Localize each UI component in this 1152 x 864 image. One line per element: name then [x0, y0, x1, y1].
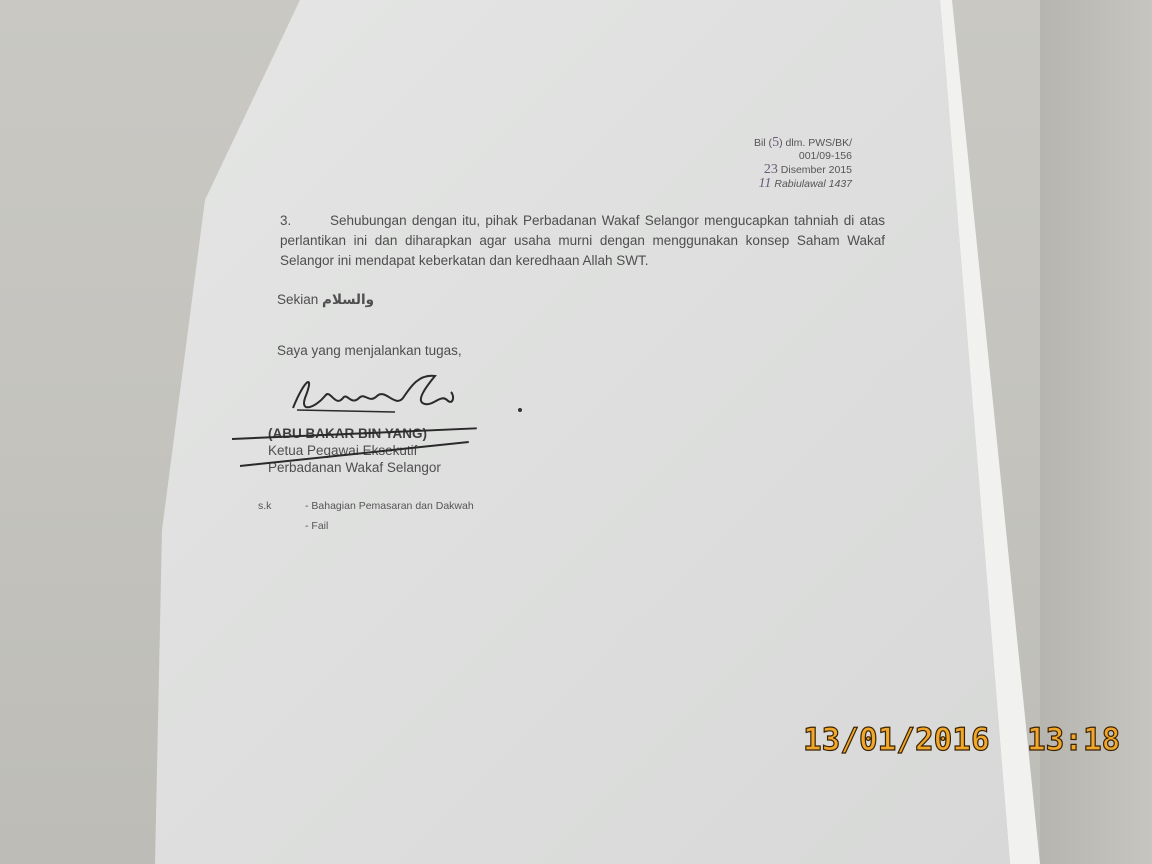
cc-item: - Fail	[305, 520, 328, 532]
photo-date-stamp: 13/01/2016 13:18	[803, 722, 1120, 758]
ink-dot	[518, 408, 522, 412]
paragraph-text: Sehubungan dengan itu, pihak Perbadanan …	[280, 213, 885, 268]
reference-gregorian-date: 23 Disember 2015	[754, 163, 852, 177]
signature-mark	[285, 368, 465, 428]
reference-hijri-date: 11 Rabiulawal 1437	[754, 177, 852, 191]
closing-sekian: Sekian والسلام	[277, 292, 374, 308]
signatory-organization: Perbadanan Wakaf Selangor	[268, 460, 441, 475]
duty-line: Saya yang menjalankan tugas,	[277, 343, 462, 358]
cc-item: - Bahagian Pemasaran dan Dakwah	[305, 500, 474, 512]
paragraph-3: 3.Sehubungan dengan itu, pihak Perbadana…	[280, 211, 885, 271]
reference-block: Bil (5) dlm. PWS/BK/ 001/09-156 23 Disem…	[754, 136, 852, 191]
paragraph-number: 3.	[280, 211, 330, 231]
reference-bil: Bil (5) dlm. PWS/BK/	[754, 136, 852, 150]
cc-label: s.k	[258, 500, 271, 512]
